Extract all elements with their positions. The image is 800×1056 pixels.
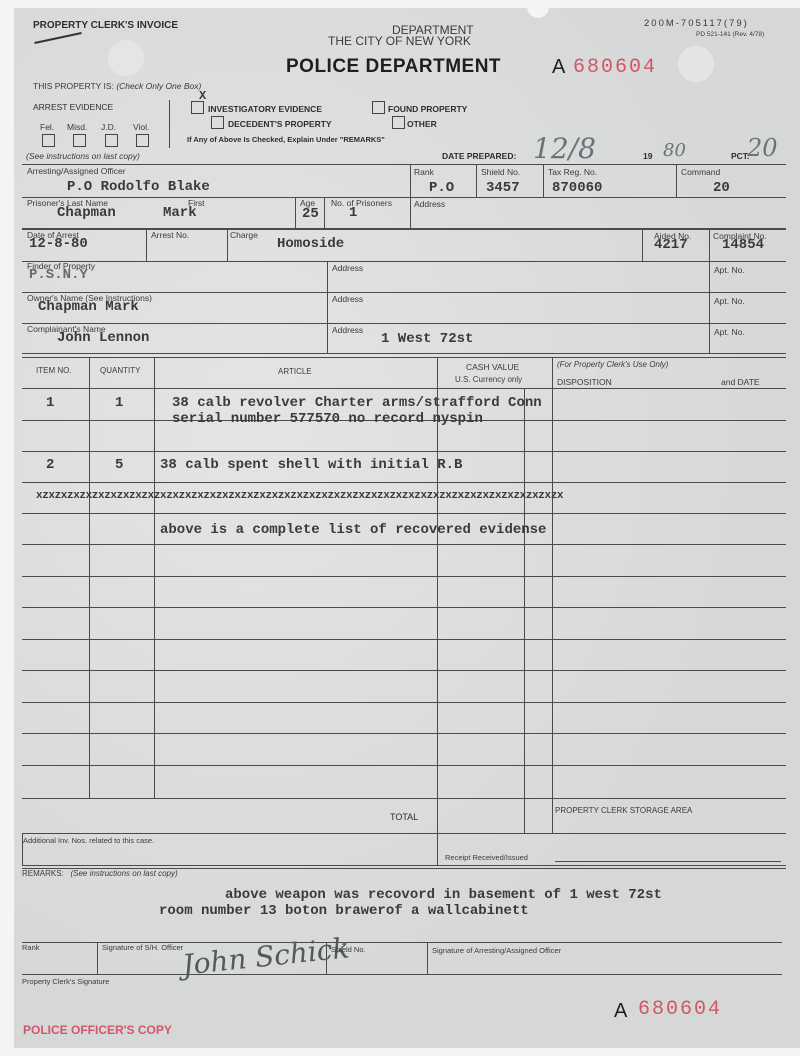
date-prepared-value: 12/8	[533, 132, 596, 165]
misdemeanor-checkbox[interactable]	[73, 134, 86, 147]
owner-address-label: Address	[332, 294, 363, 304]
total-label: TOTAL	[390, 812, 418, 822]
other-label: OTHER	[407, 119, 437, 129]
item-no-header: ITEM NO.	[36, 366, 72, 375]
option-viol: Viol.	[133, 122, 149, 132]
rule	[22, 670, 786, 671]
rule	[22, 765, 786, 766]
divider	[169, 100, 170, 148]
arresting-officer-signature-label: Signature of Arresting/Assigned Officer	[432, 946, 561, 955]
rule	[22, 357, 786, 358]
rule	[22, 733, 786, 734]
felony-checkbox[interactable]	[42, 134, 55, 147]
aided-number: 4217	[654, 237, 688, 253]
complete-list-note: above is a complete list of recovered ev…	[160, 522, 546, 538]
option-jd: J.D.	[101, 122, 116, 132]
divider	[709, 261, 710, 354]
arrest-date: 12-8-80	[29, 236, 88, 252]
rule	[22, 164, 786, 165]
other-checkbox[interactable]	[392, 116, 405, 129]
article-header: ARTICLE	[278, 367, 312, 376]
rule	[22, 576, 786, 577]
rule	[22, 261, 786, 262]
clerk-use-note: (For Property Clerk's Use Only)	[557, 360, 668, 369]
divider	[709, 229, 710, 262]
pct-value: 20	[747, 134, 778, 162]
found-property-label: FOUND PROPERTY	[388, 104, 467, 114]
found-property-checkbox[interactable]	[372, 101, 385, 114]
remarks-line-2: room number 13 boton brawerof a wallcabi…	[159, 903, 529, 919]
officer-label: Arresting/Assigned Officer	[27, 166, 126, 176]
rule	[22, 513, 786, 514]
charge-label: Charge	[230, 230, 258, 240]
complainant-value: John Lennon	[57, 330, 149, 346]
punch-hole	[678, 46, 714, 82]
disposition-header: DISPOSITION	[557, 377, 612, 387]
rule	[22, 974, 782, 975]
year-prefix: 19	[643, 151, 652, 161]
divider	[146, 229, 147, 262]
tax-reg-label: Tax Reg. No.	[548, 167, 597, 177]
rank-label: Rank	[414, 167, 434, 177]
violation-checkbox[interactable]	[136, 134, 149, 147]
quantity-header: QUANTITY	[100, 366, 140, 375]
complainant-apt-label: Apt. No.	[714, 327, 745, 337]
form-code: 200M-705117(79)	[644, 18, 749, 29]
divider	[97, 942, 98, 974]
rule	[22, 353, 786, 354]
rule	[22, 702, 786, 703]
divider	[524, 388, 525, 834]
item-2-number: 2	[46, 457, 54, 473]
shield-signature-label: Shield No.	[331, 945, 366, 954]
divider	[410, 197, 411, 229]
item-1-number: 1	[46, 395, 54, 411]
complainant-address: 1 West 72st	[381, 331, 473, 347]
invoice-prefix: A	[552, 56, 565, 79]
rule	[22, 833, 786, 834]
decedent-label: DECEDENT'S PROPERTY	[228, 119, 332, 129]
receipt-line	[555, 861, 781, 862]
rule	[22, 607, 786, 608]
cash-value-subheader: U.S. Currency only	[455, 375, 522, 384]
and-date-header: and DATE	[721, 377, 760, 387]
divider	[89, 358, 90, 798]
sh-officer-label: Signature of S/H. Officer	[102, 943, 183, 952]
rule	[22, 451, 786, 452]
divider	[676, 164, 677, 198]
invoice-number: 680604	[573, 56, 657, 79]
command-label: Command	[681, 167, 720, 177]
divider	[543, 164, 544, 198]
see-instructions-note: (See instructions on last copy)	[26, 151, 140, 161]
rule	[22, 388, 786, 389]
strike-line: xzxzxzxzxzxzxzxzxzxzxzxzxzxzxzxzxzxzxzxz…	[36, 490, 776, 502]
arrest-evidence-label: ARREST EVIDENCE	[33, 102, 113, 112]
finder-apt-label: Apt. No.	[714, 265, 745, 275]
city-line: THE CITY OF NEW YORK	[328, 34, 471, 48]
complainant-address-label: Address	[332, 325, 363, 335]
footer-invoice-number: 680604	[638, 998, 722, 1021]
item-1-article-line2: serial number 577570 no record nyspin	[172, 411, 483, 427]
item-1-quantity: 1	[115, 395, 123, 411]
prisoner-address-label: Address	[414, 199, 445, 209]
divider	[410, 164, 411, 198]
year-value: 80	[663, 140, 686, 161]
option-misd: Misd.	[67, 122, 87, 132]
rule	[22, 323, 786, 324]
form-title: POLICE DEPARTMENT	[286, 56, 501, 78]
finder-address-label: Address	[332, 263, 363, 273]
prisoner-count: 1	[349, 205, 357, 221]
divider	[552, 358, 553, 834]
rule	[22, 544, 786, 545]
rule	[22, 639, 786, 640]
storage-area-label: PROPERTY CLERK STORAGE AREA	[555, 806, 692, 815]
item-1-article: 38 calb revolver Charter arms/strafford …	[172, 395, 542, 411]
divider	[427, 942, 428, 974]
officer-shield: 3457	[486, 180, 520, 196]
rule	[22, 197, 786, 198]
rule	[22, 228, 786, 230]
officer-command: 20	[713, 180, 730, 196]
divider	[642, 229, 643, 262]
punch-hole	[108, 40, 144, 76]
rule	[22, 865, 786, 866]
complaint-number: 14854	[722, 237, 764, 253]
divider	[327, 261, 328, 354]
arrest-charge: Homoside	[277, 236, 344, 252]
owner-apt-label: Apt. No.	[714, 296, 745, 306]
owner-value: Chapman Mark	[38, 299, 139, 315]
item-2-article: 38 calb spent shell with initial R.B	[160, 457, 462, 473]
form-revision: PD 521-141 (Rev. 4/78)	[696, 31, 764, 38]
officer-name: P.O Rodolfo Blake	[67, 179, 210, 195]
property-type-heading: THIS PROPERTY IS: (Check Only One Box)	[33, 81, 201, 91]
investigatory-checkmark: X	[199, 89, 206, 103]
divider	[437, 358, 438, 834]
prisoner-age: 25	[302, 206, 319, 222]
copy-label: POLICE OFFICER'S COPY	[23, 1023, 172, 1037]
form-header-left: PROPERTY CLERK'S INVOICE	[33, 20, 178, 31]
divider	[476, 164, 477, 198]
divider	[324, 197, 325, 229]
divider	[154, 358, 155, 798]
shield-label: Shield No.	[481, 167, 520, 177]
remarks-line-1: above weapon was recovord in basement of…	[225, 887, 662, 903]
investigatory-label: INVESTIGATORY EVIDENCE	[208, 104, 322, 114]
item-2-quantity: 5	[115, 457, 123, 473]
divider	[227, 229, 228, 262]
prisoner-first-name: Mark	[163, 205, 197, 221]
divider	[437, 833, 438, 866]
clerk-signature-label: Property Clerk's Signature	[22, 977, 109, 986]
rule	[22, 482, 786, 483]
receipt-label: Receipt Received/Issued	[445, 853, 528, 862]
decedent-checkbox[interactable]	[211, 116, 224, 129]
option-fel: Fel.	[40, 122, 54, 132]
jd-checkbox[interactable]	[105, 134, 118, 147]
rule	[22, 798, 786, 799]
additional-inv-label: Additional Inv. Nos. related to this cas…	[23, 836, 154, 845]
cash-value-header: CASH VALUE	[466, 362, 519, 372]
date-prepared-label: DATE PREPARED:	[442, 151, 516, 161]
officer-rank: P.O	[429, 180, 454, 196]
rank-signature-label: Rank	[22, 943, 40, 952]
footer-invoice-prefix: A	[614, 1000, 627, 1023]
arrest-number-label: Arrest No.	[151, 230, 189, 240]
prisoner-last-name: Chapman	[57, 205, 116, 221]
officer-tax-reg: 870060	[552, 180, 602, 196]
finder-value: P.S.N.Y	[29, 267, 88, 283]
remarks-heading: REMARKS: (See instructions on last copy)	[22, 869, 178, 878]
explain-note: If Any of Above Is Checked, Explain Unde…	[187, 135, 385, 144]
prisoner-count-label: No. of Prisoners	[331, 198, 392, 208]
divider	[295, 197, 296, 229]
